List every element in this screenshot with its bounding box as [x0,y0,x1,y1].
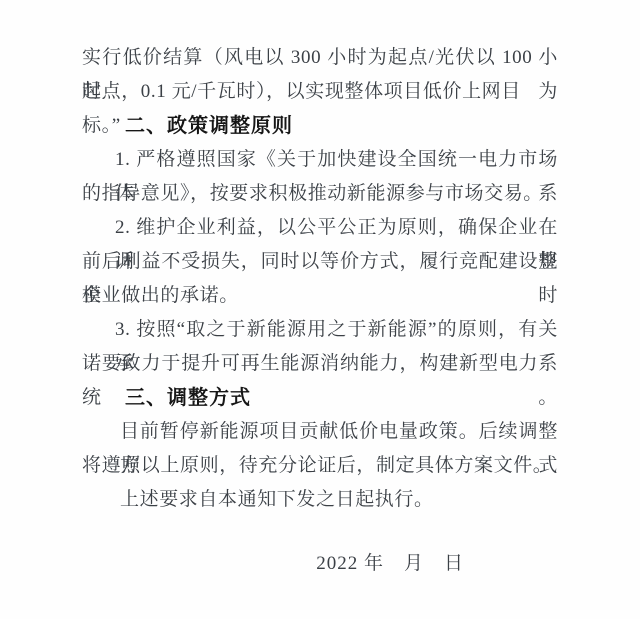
body-line: 2. 维护企业利益，以公平公正为原则，确保企业在调整 [82,211,558,245]
body-line: 上述要求自本通知下发之日起执行。 [82,483,558,517]
section-heading: 二、政策调整原则 [82,109,558,143]
body-line: 前后利益不受损失，同时以等价方式，履行竞配建设规模时 [82,245,558,279]
body-line: 将遵照以上原则，待充分论证后，制定具体方案文件。 [82,449,558,483]
date-line: 2022 年 月 日 [82,547,558,581]
blank-gap [82,517,558,547]
body-line: 1. 严格遵照国家《关于加快建设全国统一电力市场体系 [82,143,558,177]
document-page: { "page": { "background": "#fefefe", "bo… [0,0,640,619]
body-line: 实行低价结算（风电以 300 小时为起点/光伏以 100 小时为 [82,41,558,75]
document-body: 实行低价结算（风电以 300 小时为起点/光伏以 100 小时为 起点，0.1 … [82,41,558,581]
body-line: 诺要致力于提升可再生能源消纳能力，构建新型电力系统。 [82,347,558,381]
body-line: 3. 按照“取之于新能源用之于新能源”的原则，有关承 [82,313,558,347]
body-line: 的指导意见》，按要求积极推动新能源参与市场交易。 [82,177,558,211]
body-line: 目前暂停新能源项目贡献低价电量政策。后续调整方式 [82,415,558,449]
body-line: 起点，0.1 元/千瓦时），以实现整体项目低价上网目标。” [82,75,558,109]
